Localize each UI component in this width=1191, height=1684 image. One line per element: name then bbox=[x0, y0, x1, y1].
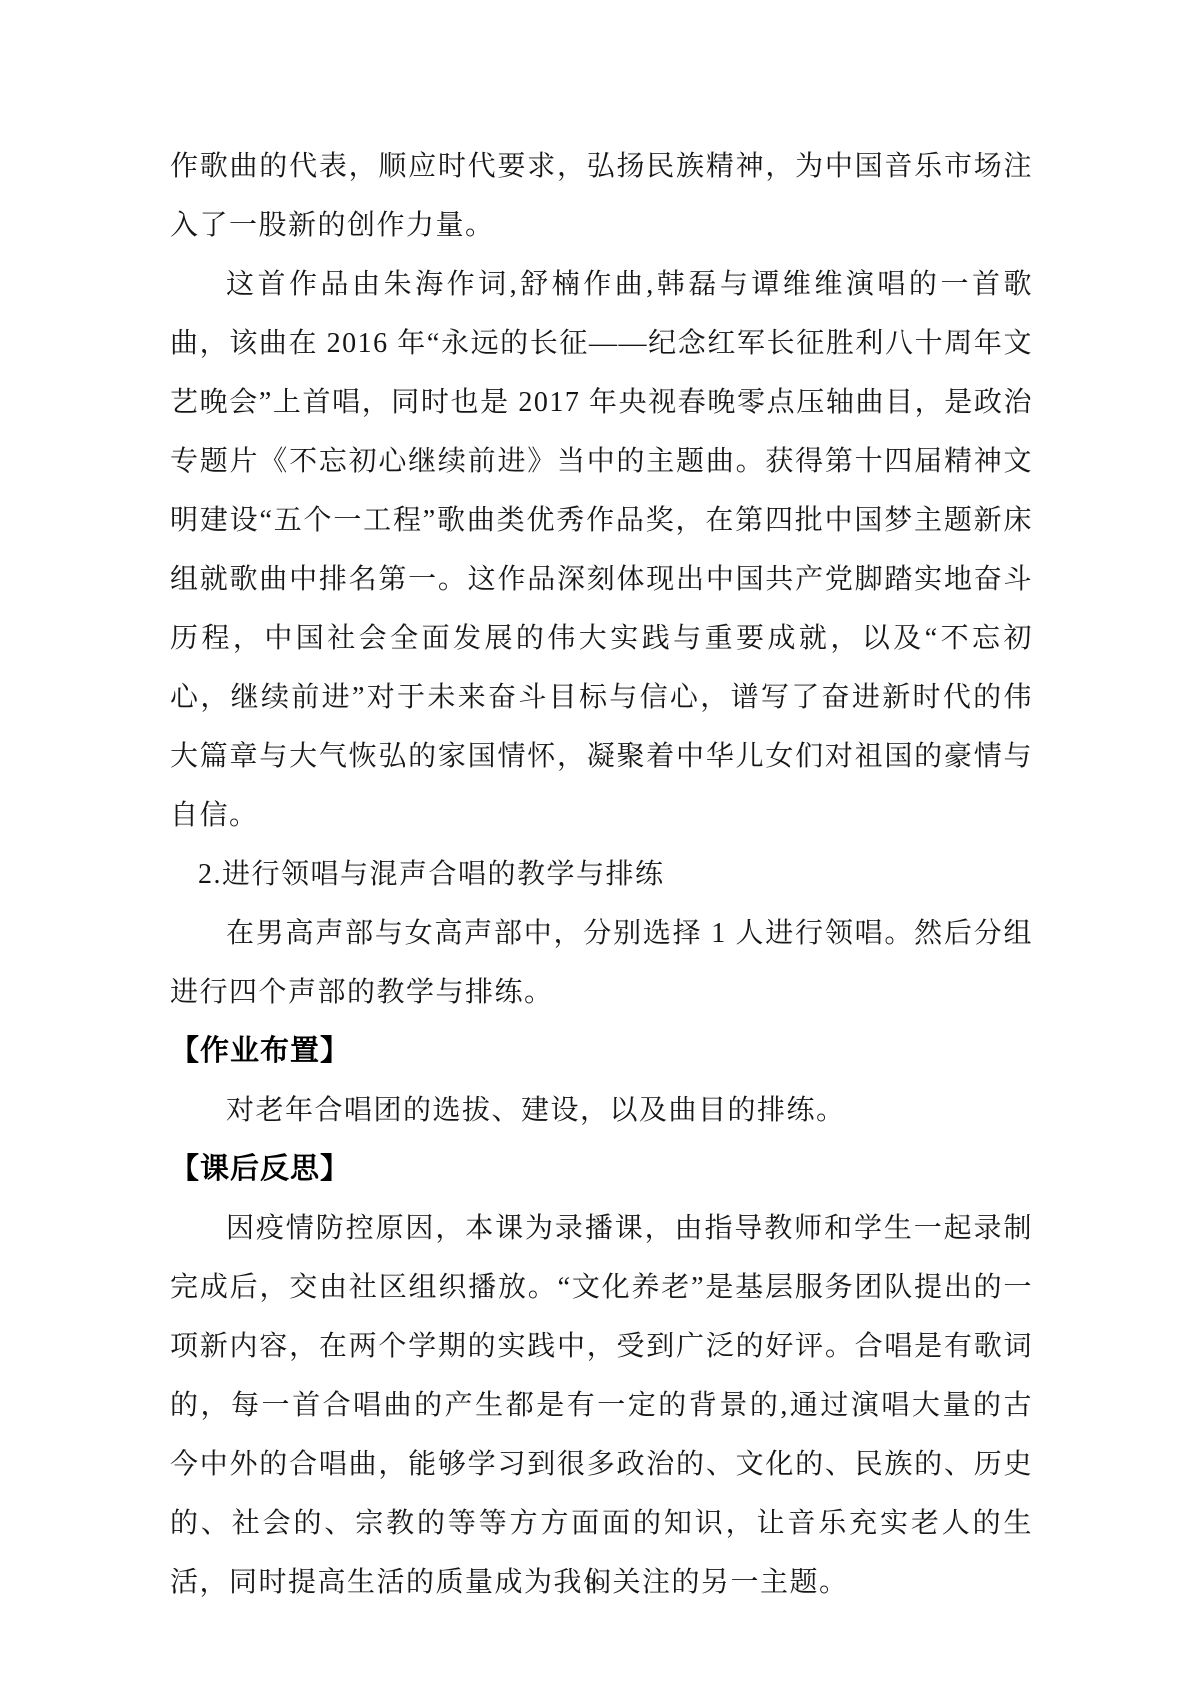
section-heading-reflection: 【课后反思】 bbox=[170, 1140, 1033, 1199]
paragraph-reflection: 因疫情防控原因，本课为录播课，由指导教师和学生一起录制完成后，交由社区组织播放。… bbox=[170, 1199, 1033, 1612]
numbered-item-2: 2.进行领唱与混声合唱的教学与排练 bbox=[170, 845, 1033, 904]
page-footer: 89 bbox=[0, 1574, 1191, 1596]
section-heading-homework: 【作业布置】 bbox=[170, 1022, 1033, 1081]
document-body: 作歌曲的代表，顺应时代要求，弘扬民族精神，为中国音乐市场注入了一股新的创作力量。… bbox=[170, 137, 1033, 1612]
paragraph-continuation: 作歌曲的代表，顺应时代要求，弘扬民族精神，为中国音乐市场注入了一股新的创作力量。 bbox=[170, 137, 1033, 255]
paragraph-voice-parts: 在男高声部与女高声部中，分别选择 1 人进行领唱。然后分组进行四个声部的教学与排… bbox=[170, 904, 1033, 1022]
paragraph-song-background: 这首作品由朱海作词,舒楠作曲,韩磊与谭维维演唱的一首歌曲，该曲在 2016 年“… bbox=[170, 255, 1033, 845]
paragraph-homework: 对老年合唱团的选拔、建设，以及曲目的排练。 bbox=[170, 1081, 1033, 1140]
page-number: 89 bbox=[586, 1574, 605, 1595]
document-page: 作歌曲的代表，顺应时代要求，弘扬民族精神，为中国音乐市场注入了一股新的创作力量。… bbox=[0, 0, 1191, 1684]
